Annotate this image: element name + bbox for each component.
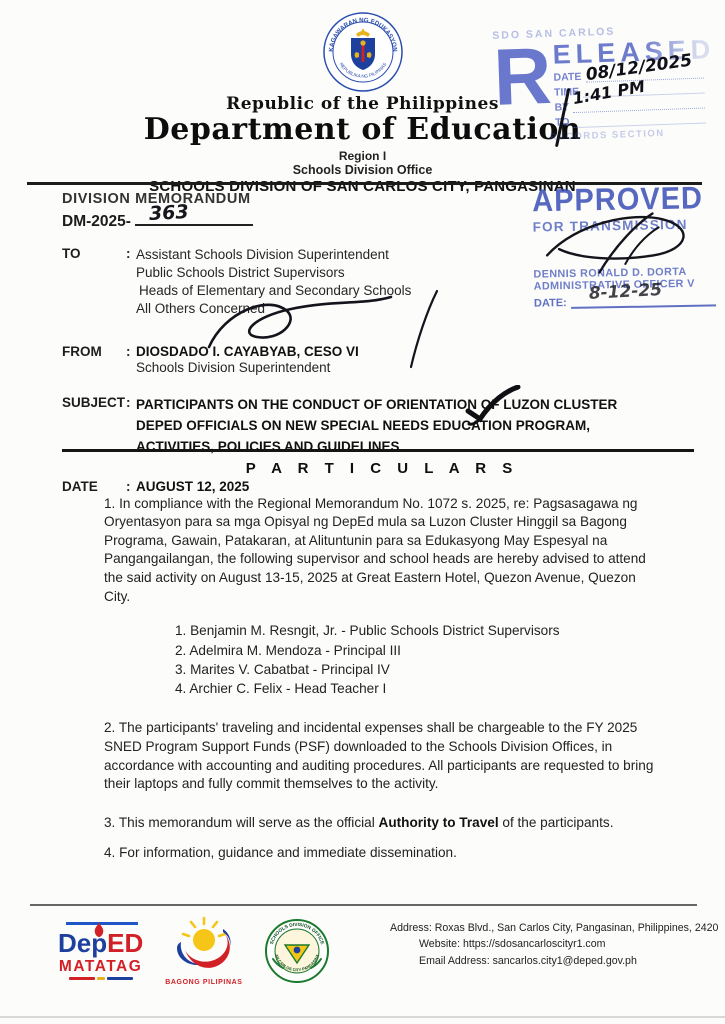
handwritten-approved-date: 8-12-25 xyxy=(588,280,662,304)
region-line: Region I xyxy=(0,149,725,163)
scan-edge xyxy=(0,1016,725,1018)
memo-body: P A R T I C U L A R S 1. In compliance w… xyxy=(104,459,660,863)
to-label: TO xyxy=(62,246,126,318)
deped-seal-icon: KAGAWARAN NG EDUKASYON REPUBLIKA NG PILI… xyxy=(323,12,403,92)
to-line: Public Schools District Supervisors xyxy=(136,264,532,282)
matatag-tagline xyxy=(58,977,143,981)
matatag-wordmark: MATATAG xyxy=(58,958,143,976)
approved-date-label: DATE: xyxy=(534,297,567,310)
email-line: Email Address: sancarlos.city1@deped.gov… xyxy=(390,953,718,969)
from-name: DIOSDADO I. CAYABYAB, CESO VI xyxy=(136,344,532,359)
deped-matatag-logo: DepED MATATAG xyxy=(58,922,143,981)
participant-item: 4. Archier C. Felix - Head Teacher I xyxy=(175,679,660,698)
participant-item: 3. Marites V. Cabatbat - Principal IV xyxy=(175,660,660,679)
footer-address-block: Address: Roxas Blvd., San Carlos City, P… xyxy=(390,920,718,969)
scanned-memo-page: KAGAWARAN NG EDUKASYON REPUBLIKA NG PILI… xyxy=(0,0,725,1024)
memo-number: DM-2025-363 xyxy=(62,210,532,231)
memo-number-prefix: DM-2025- xyxy=(62,213,131,230)
paragraph-3: 3. This memorandum will serve as the off… xyxy=(104,814,660,833)
footer-logos: DepED MATATAG BAGONG PIL xyxy=(58,916,329,986)
authority-to-travel: Authority to Travel xyxy=(379,815,499,830)
website-line: Website: https://sdosancarloscityr1.com xyxy=(390,936,718,952)
flame-icon xyxy=(92,923,106,939)
sdo-seal-logo: SCHOOLS DIVISION OFFICE SAN CARLOS CITY … xyxy=(265,919,329,983)
approved-stamp-role: ADMINISTRATIVE OFFICER V xyxy=(534,277,716,292)
paragraph-2: 2. The participants' traveling and incid… xyxy=(104,719,660,793)
letterhead: KAGAWARAN NG EDUKASYON REPUBLIKA NG PILI… xyxy=(0,12,725,195)
from-label: FROM xyxy=(62,344,126,377)
republic-line: Republic of the Philippines xyxy=(0,94,725,114)
approver-signature xyxy=(540,209,706,278)
paragraph-4: 4. For information, guidance and immedia… xyxy=(104,844,660,863)
participants-list: 1. Benjamin M. Resngit, Jr. - Public Sch… xyxy=(175,621,660,698)
header-divider xyxy=(27,182,702,185)
to-row: TO : Assistant Schools Division Superint… xyxy=(62,246,532,318)
approved-stamp-name: DENNIS RONALD D. DORTA xyxy=(533,265,715,280)
participant-item: 2. Adelmira M. Mendoza - Principal III xyxy=(175,641,660,660)
bagong-pilipinas-icon xyxy=(171,916,237,974)
bagong-pilipinas-logo: BAGONG PILIPINAS xyxy=(165,916,242,986)
to-line: Heads of Elementary and Secondary School… xyxy=(136,282,532,300)
to-line: Assistant Schools Division Superintenden… xyxy=(136,246,532,264)
approved-stamp: APPROVED FOR TRANSMISSION DENNIS RONALD … xyxy=(532,182,716,309)
participant-item: 1. Benjamin M. Resngit, Jr. - Public Sch… xyxy=(175,621,660,640)
bagong-pilipinas-label: BAGONG PILIPINAS xyxy=(165,979,242,986)
address-line: Address: Roxas Blvd., San Carlos City, P… xyxy=(390,920,718,936)
footer-divider xyxy=(30,904,697,906)
handwritten-memo-number: 363 xyxy=(148,201,189,225)
meta-divider xyxy=(62,449,694,452)
from-row: FROM : DIOSDADO I. CAYABYAB, CESO VI Sch… xyxy=(62,344,532,377)
from-title: Schools Division Superintendent xyxy=(136,359,532,377)
office-line: Schools Division Office xyxy=(0,163,725,177)
particulars-heading: P A R T I C U L A R S xyxy=(104,459,660,480)
memo-number-blank: 363 xyxy=(135,210,253,226)
approved-stamp-subtitle: FOR TRANSMISSION xyxy=(533,216,715,234)
department-title: Department of Education xyxy=(0,114,725,146)
memo-type: DIVISION MEMORANDUM xyxy=(62,191,532,207)
to-line: All Others Concerned xyxy=(136,300,532,318)
paragraph-1: 1. In compliance with the Regional Memor… xyxy=(104,495,660,607)
